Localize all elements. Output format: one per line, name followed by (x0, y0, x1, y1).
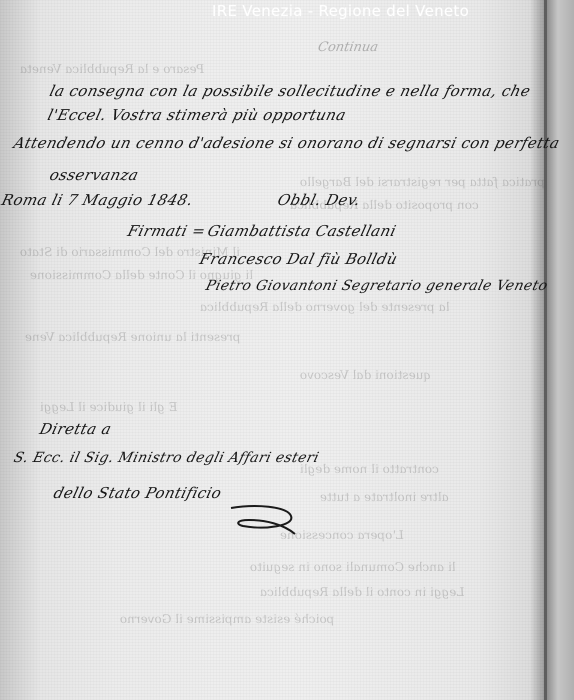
bleed-line: Leggi in conto il della Repubblica (259, 585, 465, 599)
bleed-line: altre inoltrate a tutte (319, 490, 450, 504)
watermark: IRE Venezia - Regione del Veneto (212, 2, 469, 20)
signatures-prefix: Firmati = (126, 222, 208, 240)
bleed-line: questioni dal Vescovo (299, 368, 432, 382)
document-page: Pesaro e la Repubblica Veneta pratica fa… (0, 0, 574, 700)
bleed-line: la presente del governo della Repubblica (199, 300, 451, 314)
signature-2: Francesco Dal fiù Bolldù (198, 250, 400, 268)
body-line-2: l'Eccel. Vostra stimerà più opportuna (46, 106, 348, 124)
signature-1: Giambattista Castellani (206, 222, 398, 240)
faint-heading: Continua (317, 40, 380, 55)
closing-formula: Obbl. Dev. (276, 191, 363, 209)
bleed-line: poiché esiste ampissime il Governo (119, 612, 335, 626)
bleed-line: li anche Comunali sono in seguito (249, 560, 457, 574)
body-line-4: osservanza (48, 166, 141, 184)
address-line-2: dello Stato Pontificio (52, 484, 224, 502)
bleed-line: presenti la unione Repubblica Vene (24, 330, 242, 344)
date-line: Roma li 7 Maggio 1848. (0, 191, 195, 209)
signature-3: Pietro Giovantoni Segretario generale Ve… (204, 278, 549, 294)
body-line-1: la consegna con la possibile sollecitudi… (48, 82, 533, 100)
flourish-icon (225, 500, 305, 540)
bleed-line: Pesaro e la Repubblica Veneta (19, 62, 205, 76)
bleed-line: E gli il giudice il Leggi (39, 400, 178, 414)
bleed-line: pratica fatta per registrarsi del Bargel… (299, 175, 546, 189)
body-line-3: Attendendo un cenno d'adesione si onoran… (12, 134, 562, 152)
address-line-1: S. Ecc. il Sig. Ministro degli Affari es… (12, 450, 321, 466)
bleed-line: contratto il nome degli (299, 462, 440, 476)
address-label: Diretta a (38, 420, 114, 438)
adjacent-page-edge (547, 0, 574, 700)
